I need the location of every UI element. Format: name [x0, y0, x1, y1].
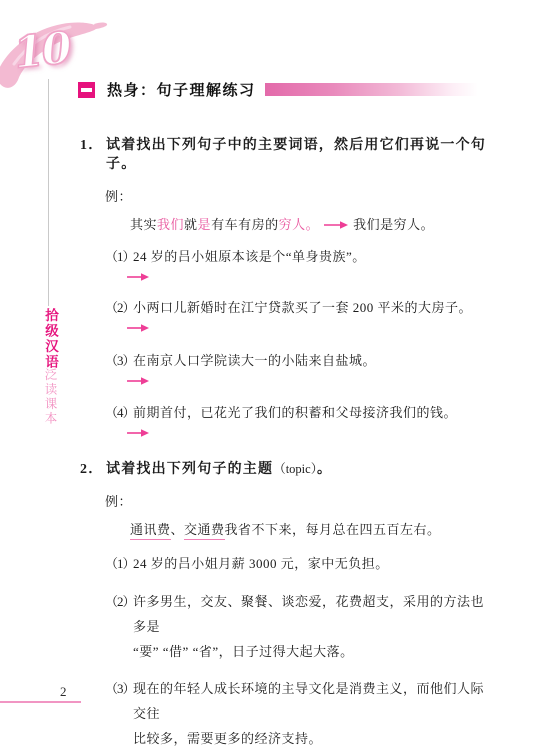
marker-minus-bar	[81, 88, 92, 92]
item-text-line: 许多男生，交友、聚餐、谈恋爱，花费超支，采用的方法也多是	[133, 589, 490, 639]
textbook-page: 10 拾级汉语 泛读课本 热身：句子理解练习 1． 试着找出下列句子中的主要词语…	[0, 0, 541, 754]
exercise1-example-sentence: 其实我们就是有车有房的穷人。我们是穷人。	[130, 215, 490, 234]
item-label: （3）	[105, 351, 133, 370]
answer-arrow	[127, 424, 490, 434]
example-segment: 就	[184, 217, 198, 232]
exercise2-example-label: 例：	[105, 492, 490, 511]
exercise2-item-3: （3） 现在的年轻人成长环境的主导文化是消费主义，而他们人际交往 比较多，需要更…	[105, 676, 490, 751]
answer-arrow	[127, 268, 490, 278]
page-number: 2	[60, 684, 67, 700]
lesson-number: 10	[12, 23, 73, 79]
answer-arrow	[127, 319, 490, 329]
exercise1-number: 1．	[80, 136, 106, 174]
item-label: （4）	[105, 403, 133, 422]
long-right-arrow-icon	[127, 376, 149, 386]
margin-divider-line	[48, 79, 49, 306]
item-text-line: 现在的年轻人成长环境的主导文化是消费主义，而他们人际交往	[133, 676, 490, 726]
item-label: （2）	[105, 589, 133, 664]
section-title: 热身：句子理解练习	[107, 79, 256, 100]
exercise2-heading-text: 试着找出下列句子的主题（topic）。	[106, 460, 332, 479]
long-right-arrow-icon	[324, 220, 348, 230]
item-text: 前期首付，已花光了我们的积蓄和父母接济我们的钱。	[133, 403, 457, 422]
example-answer: 我们是穷人。	[353, 217, 434, 232]
item-text: 24 岁的吕小姐月薪 3000 元，家中无负担。	[133, 551, 389, 576]
example-segment-highlight: 是	[198, 217, 212, 232]
example-segment-highlight: 我们	[157, 217, 184, 232]
sidebar-series-subtitle: 泛读课本	[41, 368, 59, 426]
exercise1-heading-text: 试着找出下列句子中的主要词语，然后用它们再说一个句子。	[106, 136, 490, 174]
item-label: （1）	[105, 551, 133, 576]
sidebar-series-title: 拾级汉语	[40, 308, 60, 370]
exercise1-item-2: （2） 小两口儿新婚时在江宁贷款买了一套 200 平米的大房子。	[105, 298, 490, 317]
section-header: 热身：句子理解练习	[78, 79, 478, 100]
example-segment: 其实	[130, 217, 157, 232]
long-right-arrow-icon	[127, 272, 149, 282]
exercise2-item-2: （2） 许多男生，交友、聚餐、谈恋爱，花费超支，采用的方法也多是 “要” “借”…	[105, 589, 490, 664]
answer-arrow	[127, 372, 490, 382]
exercise2-item-1: （1） 24 岁的吕小姐月薪 3000 元，家中无负担。	[105, 551, 490, 576]
exercise1-item-1: （1） 24 岁的吕小姐原本该是个“单身贵族”。	[105, 247, 490, 266]
example-segment: 、	[171, 522, 185, 537]
example-segment: 有车有房的	[211, 217, 279, 232]
section-marker-icon	[78, 82, 95, 98]
exercise2-heading-period: 。	[317, 462, 332, 477]
exercise1-item-4: （4） 前期首付，已花光了我们的积蓄和父母接济我们的钱。	[105, 403, 490, 422]
item-text-line: “要” “借” “省”，日子过得大起大落。	[133, 639, 490, 664]
item-label: （3）	[105, 676, 133, 751]
item-text: 小两口儿新婚时在江宁贷款买了一套 200 平米的大房子。	[133, 298, 472, 317]
exercise1-example-label: 例：	[105, 187, 490, 206]
exercise2-heading-cn: 试着找出下列句子的主题	[106, 462, 273, 477]
example-segment: 我省不下来，每月总在四五百左右。	[225, 522, 441, 537]
item-text-line: 比较多，需要更多的经济支持。	[133, 726, 490, 751]
long-right-arrow-icon	[127, 428, 149, 438]
item-label: （1）	[105, 247, 133, 266]
long-right-arrow-icon	[127, 323, 149, 333]
item-label: （2）	[105, 298, 133, 317]
exercise1-heading: 1． 试着找出下列句子中的主要词语，然后用它们再说一个句子。	[80, 136, 490, 174]
header-gradient-bar	[265, 83, 478, 96]
exercise1-item-3: （3） 在南京人口学院读大一的小陆来自盐城。	[105, 351, 490, 370]
item-text: 现在的年轻人成长环境的主导文化是消费主义，而他们人际交往 比较多，需要更多的经济…	[133, 676, 490, 751]
exercise2-example-sentence: 通讯费、交通费我省不下来，每月总在四五百左右。	[130, 520, 490, 539]
example-segment-highlight: 穷人。	[279, 217, 320, 232]
footer-rule	[0, 701, 81, 703]
exercise2-heading: 2． 试着找出下列句子的主题（topic）。	[80, 460, 490, 479]
example-segment-underlined: 通讯费	[130, 522, 171, 540]
item-text: 24 岁的吕小姐原本该是个“单身贵族”。	[133, 247, 366, 266]
item-text: 许多男生，交友、聚餐、谈恋爱，花费超支，采用的方法也多是 “要” “借” “省”…	[133, 589, 490, 664]
exercise2-heading-topic: （topic）	[273, 462, 317, 476]
page-content: 1． 试着找出下列句子中的主要词语，然后用它们再说一个句子。 例： 其实我们就是…	[80, 130, 490, 751]
example-segment-underlined: 交通费	[184, 522, 225, 540]
item-text: 在南京人口学院读大一的小陆来自盐城。	[133, 351, 376, 370]
exercise2-number: 2．	[80, 460, 106, 479]
